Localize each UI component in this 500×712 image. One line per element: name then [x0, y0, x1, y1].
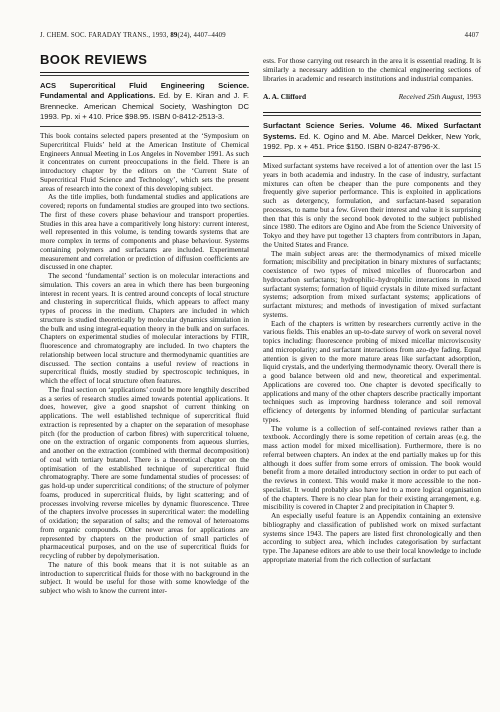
review2-paragraph: Mixed surfactant systems have received a… [263, 162, 481, 250]
review2-top-rule [263, 112, 481, 116]
right-column: ests. For those carrying out research in… [263, 57, 481, 565]
reviewer-name: A. A. Clifford [263, 92, 306, 101]
title-rule [40, 126, 249, 127]
running-header: J. CHEM. SOC. FARADAY TRANS., 1993, 89(2… [40, 32, 479, 39]
review1-title: ACS Supercritical Fluid Engineering Scie… [40, 81, 249, 122]
review1-paragraph: This book contains selected papers prese… [40, 132, 249, 193]
review1-paragraph: As the title implies, both fundamental s… [40, 193, 249, 272]
review2-paragraph: The main subject areas are: the thermody… [263, 250, 481, 320]
journal-page: J. CHEM. SOC. FARADAY TRANS., 1993, 89(2… [0, 0, 500, 712]
review1-continuation-paragraph: ests. For those carrying out research in… [263, 57, 481, 83]
journal-citation: J. CHEM. SOC. FARADAY TRANS., 1993, 89(2… [40, 32, 226, 39]
review1-signature: A. A. Clifford Received 25th August, 199… [263, 92, 481, 101]
review1-paragraph: The nature of this book means that it is… [40, 561, 249, 596]
received-date: Received 25th August, 1993 [399, 92, 481, 101]
review2-paragraph: Each of the chapters is written by resea… [263, 320, 481, 425]
review2-paragraph: An especially useful feature is an Appen… [263, 512, 481, 565]
review1-paragraph: The second ‘fundamental’ section is on m… [40, 272, 249, 386]
page-number: 4407 [465, 32, 479, 39]
review1-paragraph: The final section on ‘applications’ coul… [40, 386, 249, 561]
section-title: BOOK REVIEWS [40, 52, 249, 67]
volume-number: 89 [170, 32, 177, 39]
left-column: BOOK REVIEWS ACS Supercritical Fluid Eng… [40, 52, 249, 596]
heading-rule [40, 72, 249, 76]
review2-paragraph: The volume is a collection of self-conta… [263, 425, 481, 513]
review2-title-rule [263, 156, 481, 157]
review2-title: Surfactant Science Series. Volume 46. Mi… [263, 121, 481, 152]
review2-title-rest: Ed. K. Ogino and M. Abe. Marcel Dekker, … [263, 132, 481, 151]
